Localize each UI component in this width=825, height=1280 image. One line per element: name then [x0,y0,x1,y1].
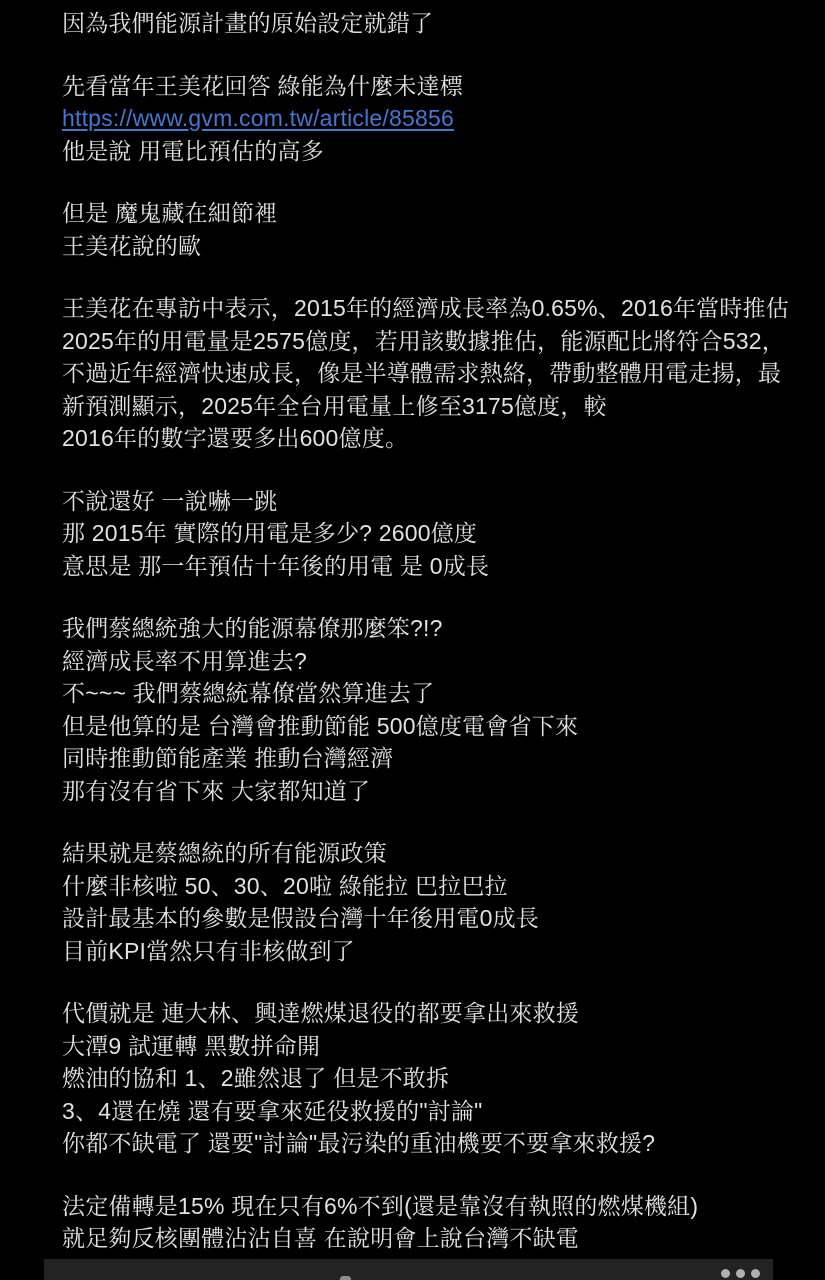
post-line: 代價就是 連大林、興達燃煤退役的都要拿出來救援 [62,997,802,1030]
post-line: 他是說 用電比預估的高多 [62,135,802,168]
post-line: 燃油的協和 1、2雖然退了 但是不敢拆 [62,1062,802,1095]
more-dot [721,1269,730,1278]
post-paragraph: 法定備轉是15% 現在只有6%不到(還是靠沒有執照的燃煤機組)就足夠反核團體沾沾… [62,1190,802,1255]
post-paragraph: 不說還好 一說嚇一跳那 2015年 實際的用電是多少? 2600億度意思是 那一… [62,485,802,583]
bottom-toolbar[interactable] [44,1259,773,1280]
more-dot [736,1269,745,1278]
article-link[interactable]: https://www.gvm.com.tw/article/85856 [62,105,454,131]
post-paragraph: 因為我們能源計畫的原始設定就錯了 [62,7,802,40]
post-line: 經濟成長率不用算進去? [62,645,802,678]
post-line: 因為我們能源計畫的原始設定就錯了 [62,7,802,40]
post-line: 但是他算的是 台灣會推動節能 500億度電會省下來 [62,710,802,743]
post-line: 不說還好 一說嚇一跳 [62,485,802,518]
article-link-line: https://www.gvm.com.tw/article/85856 [62,102,802,135]
post-line: 大潭9 試運轉 黑數拼命開 [62,1030,802,1063]
post-line: 新預測顯示，2025年全台用電量上修至3175億度，較 [62,390,802,423]
post-paragraph: 先看當年王美花回答 綠能為什麼未達標https://www.gvm.com.tw… [62,70,802,168]
post-line: 我們蔡總統強大的能源幕僚那麼笨?!? [62,612,802,645]
post-paragraph: 但是 魔鬼藏在細節裡王美花說的歐 [62,197,802,262]
post-paragraph: 王美花在專訪中表示，2015年的經濟成長率為0.65%、2016年當時推估202… [62,292,802,455]
post-line: 王美花說的歐 [62,230,802,263]
post-line: 2016年的數字還要多出600億度。 [62,422,802,455]
post-text: 因為我們能源計畫的原始設定就錯了先看當年王美花回答 綠能為什麼未達標https:… [62,7,802,1280]
post-line: 法定備轉是15% 現在只有6%不到(還是靠沒有執照的燃煤機組) [62,1190,802,1223]
more-options-icon[interactable] [721,1269,760,1278]
post-line: 意思是 那一年預估十年後的用電 是 0成長 [62,550,802,583]
post-paragraph: 代價就是 連大林、興達燃煤退役的都要拿出來救援大潭9 試運轉 黑數拼命開燃油的協… [62,997,802,1160]
post-line: 就足夠反核團體沾沾自喜 在說明會上說台灣不缺電 [62,1222,802,1255]
post-line: 那有沒有省下來 大家都知道了 [62,775,802,808]
partial-toolbar-icon [340,1276,351,1280]
post-line: 同時推動節能產業 推動台灣經濟 [62,742,802,775]
post-line: 先看當年王美花回答 綠能為什麼未達標 [62,70,802,103]
post-paragraph: 結果就是蔡總統的所有能源政策什麼非核啦 50、30、20啦 綠能拉 巴拉巴拉設計… [62,837,802,967]
post-line: 3、4還在燒 還有要拿來延役救援的"討論" [62,1095,802,1128]
post-line: 不過近年經濟快速成長，像是半導體需求熱絡，帶動整體用電走揚，最 [62,357,802,390]
post-line: 那 2015年 實際的用電是多少? 2600億度 [62,517,802,550]
more-dot [751,1269,760,1278]
post-line: 設計最基本的參數是假設台灣十年後用電0成長 [62,902,802,935]
post-line: 不~~~ 我們蔡總統幕僚當然算進去了 [62,677,802,710]
post-line: 你都不缺電了 還要"討論"最污染的重油機要不要拿來救援? [62,1127,802,1160]
post-line: 目前KPI當然只有非核做到了 [62,935,802,968]
post-paragraph: 我們蔡總統強大的能源幕僚那麼笨?!?經濟成長率不用算進去?不~~~ 我們蔡總統幕… [62,612,802,807]
post-line: 結果就是蔡總統的所有能源政策 [62,837,802,870]
post-line: 王美花在專訪中表示，2015年的經濟成長率為0.65%、2016年當時推估 [62,292,802,325]
post-line: 但是 魔鬼藏在細節裡 [62,197,802,230]
post-line: 什麼非核啦 50、30、20啦 綠能拉 巴拉巴拉 [62,870,802,903]
post-line: 2025年的用電量是2575億度，若用該數據推估，能源配比將符合532， [62,325,802,358]
